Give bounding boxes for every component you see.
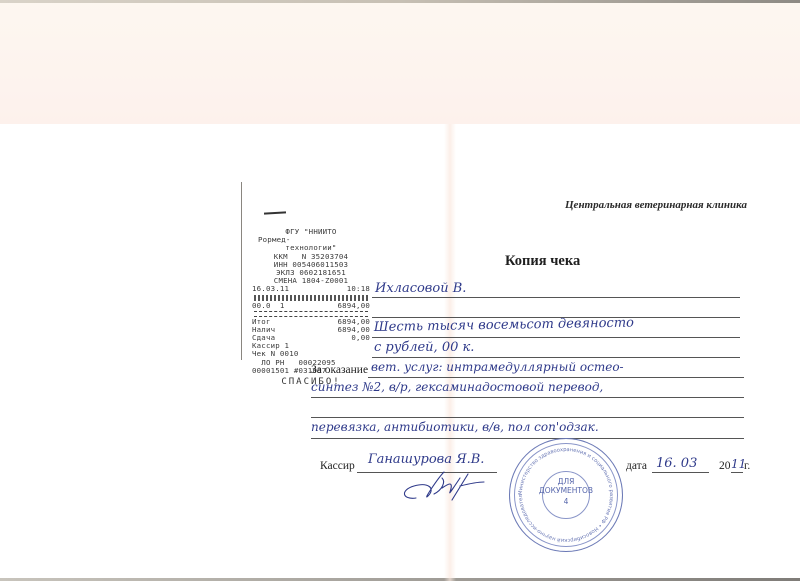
- receipt-item-code: 00.0 1: [252, 302, 285, 310]
- receipt-edge: [241, 182, 242, 360]
- year-end: г.: [744, 460, 750, 472]
- form-line-amount-1: [372, 337, 740, 338]
- stamp-number: 4: [510, 497, 622, 506]
- organization-name: Центральная ветеринарная клиника: [565, 199, 747, 211]
- receipt-hatch-separator: [254, 295, 368, 301]
- date-handwritten: 16. 03: [656, 456, 697, 471]
- receipt-text: ФГУ "ННИИТО: [285, 228, 336, 236]
- scan-top-band: [0, 0, 800, 124]
- amount-words-line1-handwritten: Шесть тысяч восемьсот девяносто: [374, 315, 634, 335]
- form-line-services-2: [311, 397, 744, 398]
- cash-register-receipt: ФГУ "ННИИТО Рормед- технологии" ККМ N 35…: [252, 208, 370, 358]
- receipt-change-value: 0,00: [351, 334, 370, 342]
- form-line-services-1: [368, 377, 744, 378]
- round-stamp: Министерство здравоохранения и социально…: [509, 438, 623, 552]
- form-line-services-3: [311, 417, 744, 418]
- document-title: Копия чека: [505, 253, 580, 270]
- receipt-date: 16.03.11: [252, 285, 289, 293]
- receipt-item-line: 00.0 16894,00: [252, 302, 370, 310]
- receipt-double-separator: [254, 311, 368, 317]
- stamp-center-text: ДЛЯ ДОКУМЕНТОВ 4: [510, 477, 622, 506]
- form-line-year: [731, 472, 743, 473]
- form-line-amount-2: [372, 357, 740, 358]
- stamp-line-1: ДЛЯ: [510, 477, 622, 486]
- receipt-pen-mark: [264, 211, 286, 214]
- receipt-lines: ФГУ "ННИИТО Рормед- технологии" ККМ N 35…: [252, 228, 370, 386]
- payer-name-handwritten: Ихласовой В.: [375, 281, 466, 296]
- cashier-name-handwritten: Ганашурова Я.В.: [368, 452, 484, 467]
- services-line3-handwritten: перевязка, антибиотики, в/в, пол соп'одз…: [311, 420, 599, 434]
- cashier-signature: [398, 470, 498, 510]
- receipt-item-amount: 6894,00: [337, 302, 370, 310]
- receipt-time: 10:18: [347, 285, 370, 293]
- cashier-label: Кассир: [320, 460, 355, 472]
- services-line2-handwritten: синтез №2, в/р, гексаминадостовой перево…: [311, 380, 603, 394]
- receipt-line: 16.03.1110:18: [252, 285, 370, 293]
- date-label: дата: [626, 460, 647, 472]
- form-line-payer: [372, 297, 740, 298]
- stamp-line-2: ДОКУМЕНТОВ: [510, 486, 622, 495]
- scan-top-edge: [0, 0, 800, 3]
- form-line-date: [652, 472, 709, 473]
- year-prefix: 20: [719, 460, 731, 472]
- amount-words-line2-handwritten: с рублей, 00 к.: [374, 340, 474, 355]
- services-label: За оказание: [311, 364, 368, 376]
- services-line1-handwritten: вет. услуг: интрамедуллярный остео-: [371, 360, 624, 374]
